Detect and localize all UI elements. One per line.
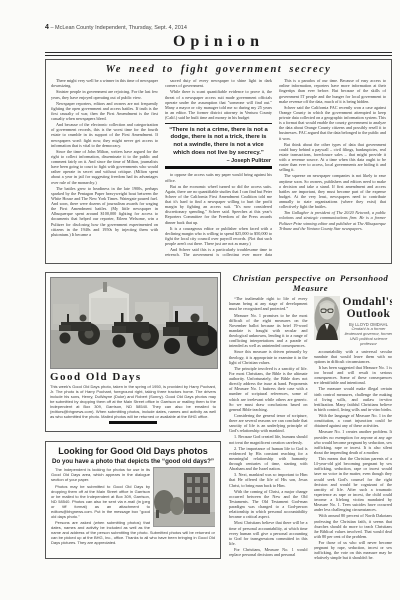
editorial-column-2: sacred duty of every newspaper to shine … (165, 78, 272, 256)
omdahl-bio: Omdahl is a former lieutenant governor, … (343, 327, 393, 346)
masthead-text: – McLean County Independent, Thursday, S… (50, 25, 186, 31)
paragraph: The principle involved is a sanctity of … (229, 366, 308, 412)
paragraph: This is a paradox of our time. Because o… (279, 78, 386, 104)
good-old-days-title: Good Old Days (50, 371, 216, 383)
pull-quote-attribution: – Joseph Pulitzer (166, 158, 271, 164)
paragraph: And because of the electronic collection… (51, 122, 158, 148)
editorial-box: We need to fight government secrecy Ther… (45, 59, 392, 264)
caption-end-bar (109, 421, 157, 424)
paragraph: Measure No. 1 creates another problem. I… (314, 429, 393, 455)
paragraph: And Scheer said this is a particularly t… (165, 247, 272, 256)
paragraph: Most Christians believe that there will … (229, 520, 308, 546)
paragraph: With around 80 percent of North Dakotans… (314, 513, 393, 539)
paragraph: Newspaper reporters, editors and owners … (51, 101, 158, 122)
omdahl-portrait-photo (314, 296, 340, 346)
paragraph: But think about the other types of data … (279, 142, 386, 173)
paragraph: But as the economic wheel turned so did … (165, 184, 272, 225)
paragraph: to oppose the access suits my paper woul… (165, 172, 272, 182)
omdahl-column-1: “The inalienable right to life of every … (229, 296, 308, 564)
editorial-column-3-text: This is a paradox of our time. Because o… (279, 78, 386, 209)
author-bio-text: Tim Gallagher is president of The 20/20 … (279, 210, 386, 231)
paragraph: Since the time of John Milton, writers h… (51, 149, 158, 185)
omdahl-column-2: Omdahl's Outlook By LLOYD OMDAHL Omdahl … (314, 296, 393, 564)
editorial-column-2-top: sacred duty of every newspaper to shine … (165, 78, 272, 120)
omdahl-columns: “The inalienable right to life of every … (229, 296, 392, 564)
paragraph: For Christians, Measure No. 1 would repl… (229, 547, 308, 557)
editorial-columns: There might very well be a winner in thi… (51, 78, 386, 256)
editorial-column-2-bottom: to oppose the access suits my paper woul… (165, 172, 272, 256)
omdahl-column-2-text: accountability with a universal secular … (314, 349, 393, 561)
omdahl-masthead-text: Omdahl's Outlook By LLOYD OMDAHL Omdahl … (343, 296, 393, 346)
paragraph: It has been suggested that Measure No. 1… (314, 365, 393, 386)
tractors-photo (50, 277, 216, 369)
omdahl-title-line1: Omdahl's (343, 296, 393, 308)
photo-solicitation-box: Looking for Good Old Days photos Do you … (45, 441, 221, 559)
omdahl-kicker-headline: Christian perspective on Personhood Meas… (229, 273, 392, 293)
section-title: Opinion (45, 33, 392, 51)
office-building-photo (153, 467, 215, 525)
omdahl-masthead: Omdahl's Outlook By LLOYD OMDAHL Omdahl … (314, 296, 393, 346)
lower-left-column: Good Old Days This week's Good Old Days … (45, 272, 221, 564)
paragraph: Scheer said the California FAC recently … (279, 105, 386, 141)
solicitation-headline: Looking for Good Old Days photos (51, 446, 215, 456)
paragraph: This means that the Christian parents of… (314, 456, 393, 512)
editorial-headline: We need to fight government secrecy (51, 64, 386, 75)
paragraph: “The inalienable right to life of every … (229, 296, 308, 311)
pull-quote-text: “There is not a crime, there is not a do… (166, 127, 271, 158)
folio-line: 4 – McLean County Independent, Thursday,… (45, 24, 392, 31)
paragraph: 3. Next, mankind was so important to Him… (229, 472, 308, 487)
omdahl-title-line2: Outlook (343, 308, 393, 320)
paragraph: The measure would make illegal certain b… (314, 386, 393, 412)
paragraph: With the coming of Christ, a major chang… (229, 489, 308, 520)
paragraph: The battles grew to headiness in the lat… (51, 186, 158, 237)
newspaper-page: 4 – McLean County Independent, Thursday,… (45, 24, 392, 564)
paragraph: There might very well be a winner in thi… (51, 78, 158, 88)
good-old-days-box: Good Old Days This week's Good Old Days … (45, 272, 221, 432)
paragraph: 1. Because God created life, humans shou… (229, 434, 308, 444)
solicitation-body: The Independent is looking for photos fo… (51, 467, 215, 547)
pull-quote: “There is not a crime, there is not a do… (165, 123, 272, 169)
author-bio: Tim Gallagher is president of The 20/20 … (279, 210, 386, 231)
paragraph: For those of us who will never become pr… (314, 540, 393, 561)
paragraph: It is a courageous editor or publisher w… (165, 226, 272, 247)
paragraph: Since this measure is driven primarily b… (229, 349, 308, 364)
paragraph: While there is scant quantifiable eviden… (165, 89, 272, 120)
paragraph: The squeeze on newspaper companies is no… (279, 173, 386, 209)
solicitation-subhead: Do you have a photo that depicts the “go… (51, 458, 215, 465)
paragraph: sacred duty of every newspaper to shine … (165, 78, 272, 88)
header-rule (45, 52, 392, 56)
editorial-column-3: This is a paradox of our time. Because o… (279, 78, 386, 256)
page-number: 4 (45, 24, 49, 31)
paragraph: With the language of Measure No. 1 in th… (314, 413, 393, 428)
omdahl-section: Christian perspective on Personhood Meas… (229, 272, 392, 564)
paragraph: accountability with a universal secular … (314, 349, 393, 364)
paragraph: Considering the general tenor of scriptu… (229, 413, 308, 434)
editorial-column-1: There might very well be a winner in thi… (51, 78, 158, 256)
page-header: 4 – McLean County Independent, Thursday,… (45, 24, 392, 56)
paragraph: Sinister people in government are rejoic… (51, 89, 158, 99)
good-old-days-caption: This week's Good Old Days photo, taken i… (50, 384, 216, 419)
lower-section: Good Old Days This week's Good Old Days … (45, 272, 392, 564)
paragraph: 2. The importance of human life to God i… (229, 446, 308, 472)
paragraph: Measure No. 1 promises to be the most di… (229, 313, 308, 349)
